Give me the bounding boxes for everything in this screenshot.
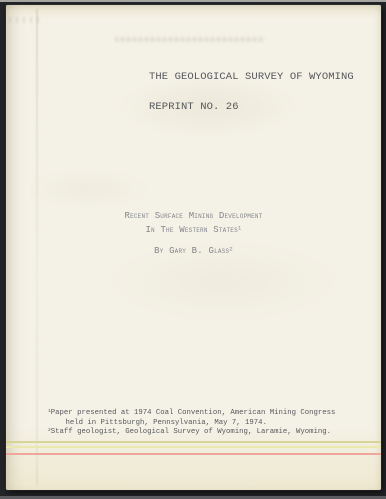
footnote-2-line: 2Staff geologist, Geological Survey of W… <box>48 428 335 438</box>
ghost-text-smudge <box>115 37 265 42</box>
scan-background: THE GEOLOGICAL SURVEY OF WYOMING REPRINT… <box>0 0 386 499</box>
header-agency-line: THE GEOLOGICAL SURVEY OF WYOMING <box>149 72 354 82</box>
header-reprint-line: REPRINT NO. 26 <box>149 102 354 112</box>
document-title-line-1: Recent Surface Mining Development <box>6 209 381 223</box>
footnote-1-text: Paper presented at 1974 Coal Convention,… <box>51 409 336 417</box>
footnote-1-line-1: 1Paper presented at 1974 Coal Convention… <box>48 409 335 419</box>
footnotes: 1Paper presented at 1974 Coal Convention… <box>48 409 335 438</box>
title-block: Recent Surface Mining Development In The… <box>6 209 381 258</box>
document-page: THE GEOLOGICAL SURVEY OF WYOMING REPRINT… <box>6 5 381 490</box>
ruled-line-yellow <box>6 446 381 448</box>
title-line-2-text: In The Western States <box>145 225 237 235</box>
footnote-1-line-2: held in Pittsburgh, Pennsylvania, May 7,… <box>48 419 335 429</box>
document-header: THE GEOLOGICAL SURVEY OF WYOMING REPRINT… <box>149 52 354 132</box>
footnote-2-text: Staff geologist, Geological Survey of Wy… <box>51 428 331 436</box>
ruled-line-green <box>6 441 381 443</box>
ruled-line-red <box>6 453 381 455</box>
footnote-ref-1: 1 <box>238 224 242 231</box>
footnote-ref-2: 2 <box>229 245 233 252</box>
footnote-1-continuation-text: held in Pittsburgh, Pennsylvania, May 7,… <box>48 419 267 427</box>
scanner-edge-top <box>0 0 386 2</box>
byline-text: By Gary B. Glass <box>154 246 229 256</box>
pencil-smudge <box>9 17 43 23</box>
byline: By Gary B. Glass2 <box>6 244 381 258</box>
document-title-line-2: In The Western States1 <box>6 223 381 237</box>
